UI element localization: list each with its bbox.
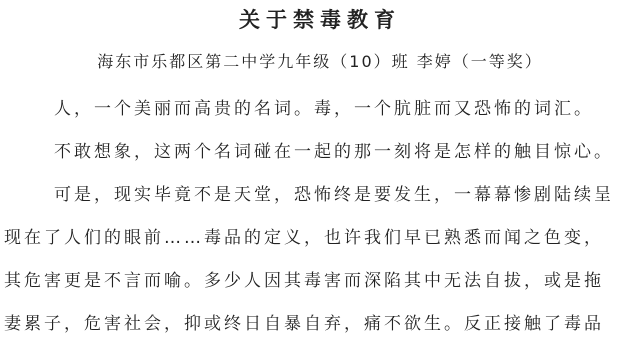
essay-paragraph-3-line-1: 可是，现实毕竟不是天堂，恐怖终是要发生，一幕幕惨剧陆续呈 [4, 174, 636, 217]
essay-title: 关于禁毒教育 [0, 0, 640, 33]
essay-byline: 海东市乐都区第二中学九年级（10）班 李婷（一等奖） [0, 50, 640, 74]
essay-paragraph-3-line-3: 其危害更是不言而喻。多少人因其毒害而深陷其中无法自拔，或是拖 [4, 260, 636, 303]
essay-paragraph-3-line-4: 妻累子，危害社会，抑或终日自暴自弃，痛不欲生。反正接触了毒品 [4, 303, 636, 346]
essay-paragraph-3-line-2: 现在了人们的眼前……毒品的定义，也许我们早已熟悉而闻之色变， [4, 217, 636, 260]
essay-paragraph-1-line-1: 人，一个美丽而高贵的名词。毒，一个肮脏而又恐怖的词汇。 [4, 88, 636, 131]
essay-body: 人，一个美丽而高贵的名词。毒，一个肮脏而又恐怖的词汇。 不敢想象，这两个名词碰在… [0, 88, 640, 346]
essay-document-page: 关于禁毒教育 海东市乐都区第二中学九年级（10）班 李婷（一等奖） 人，一个美丽… [0, 0, 640, 360]
essay-paragraph-2-line-1: 不敢想象，这两个名词碰在一起的那一刻将是怎样的触目惊心。 [4, 131, 636, 174]
